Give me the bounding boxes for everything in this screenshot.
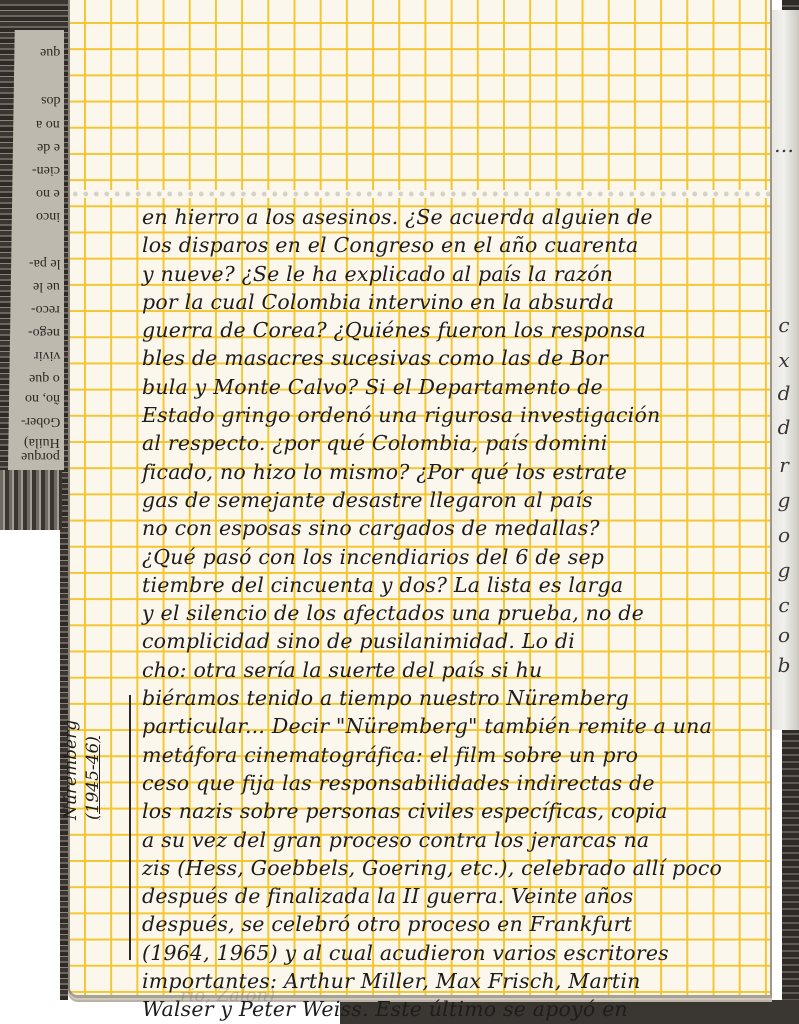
- clipping-line: dos: [41, 92, 60, 108]
- clipping-line: reco-: [31, 301, 60, 317]
- right-edge-scribble: x: [770, 345, 798, 375]
- newspaper-clipping: que dos no a e de cien- e no inco le pa-…: [8, 30, 64, 470]
- text-line: guerra de Corea? ¿Quiénes fueron los res…: [142, 316, 772, 344]
- text-line: biéramos tenido a tiempo nuestro Nürembe…: [142, 684, 772, 712]
- text-line: zis (Hess, Goebbels, Goering, etc.), cel…: [142, 854, 772, 882]
- clipping-line: ño, no: [25, 390, 60, 406]
- right-edge-scribble: b: [770, 650, 798, 680]
- clipping-line: nego-: [28, 324, 60, 340]
- text-line: al respecto. ¿por qué Colombia, país dom…: [142, 429, 772, 457]
- right-edge-scribble: g: [770, 485, 798, 515]
- text-line: Estado gringo ordenó una rigurosa invest…: [142, 401, 772, 429]
- clipping-line: e no: [36, 185, 60, 201]
- text-line: y nueve? ¿Se le ha explicado al país la …: [142, 260, 772, 288]
- clipping-line: que: [40, 44, 60, 60]
- text-line: después, se celebró otro proceso en Fran…: [142, 910, 772, 938]
- text-line: cho: otra sería la suerte del país si hu: [142, 656, 772, 684]
- text-line: los disparos en el Congreso en el año cu…: [142, 231, 772, 259]
- clipping-line: no a: [36, 116, 60, 132]
- text-line: ficado, no hizo lo mismo? ¿Por qué los e…: [142, 458, 772, 486]
- text-line: bula y Monte Calvo? Si el Departamento d…: [142, 373, 772, 401]
- clipping-line: inco: [36, 208, 60, 224]
- scanner-background-strip: [0, 470, 62, 530]
- text-line: los nazis sobre personas civiles específ…: [142, 797, 772, 825]
- text-line: no con esposas sino cargados de medallas…: [142, 514, 772, 542]
- margin-note-title: Nüremberg: [60, 650, 82, 820]
- text-line: ¿Qué pasó con los incendiarios del 6 de …: [142, 543, 772, 571]
- right-edge-scribble: d: [770, 378, 798, 408]
- text-line: particular... Decir "Nüremberg" también …: [142, 712, 772, 740]
- text-line: en hierro a los asesinos. ¿Se acuerda al…: [142, 203, 772, 231]
- right-edge-scribble: g: [770, 555, 798, 585]
- clipping-line: Gober-: [21, 413, 60, 429]
- clipping-line: o que: [29, 370, 60, 386]
- margin-note: Nüremberg (1945-46): [60, 650, 130, 820]
- clipping-line: cien-: [32, 162, 60, 178]
- text-line: bles de masacres sucesivas como las de B…: [142, 344, 772, 372]
- right-edge-scribble: …: [770, 130, 798, 160]
- blank-margin: [0, 470, 68, 1024]
- clipping-line: le pa-: [29, 255, 60, 271]
- clipping-line: e de: [37, 139, 60, 155]
- right-edge-scribble: o: [770, 520, 798, 550]
- text-line: por la cual Colombia intervino en la abs…: [142, 288, 772, 316]
- text-line: ceso que fija las responsabilidades indi…: [142, 769, 772, 797]
- text-line: y el silencio de los afectados una prueb…: [142, 599, 772, 627]
- clipping-line: ue le: [33, 278, 60, 294]
- right-edge-scribble: c: [770, 310, 798, 340]
- right-edge-scribble: o: [770, 620, 798, 650]
- clipping-line: porque: [21, 448, 60, 464]
- text-line: a su vez del gran proceso contra los jer…: [142, 826, 772, 854]
- margin-note-dates: (1945-46): [82, 650, 104, 820]
- text-line: complicidad sino de pusilanimidad. Lo di: [142, 627, 772, 655]
- perforation-line: [70, 190, 770, 198]
- right-edge-scribble: d: [770, 412, 798, 442]
- handwritten-text: en hierro a los asesinos. ¿Se acuerda al…: [142, 203, 772, 1024]
- right-edge-scribble: c: [770, 590, 798, 620]
- text-line: tiembre del cincuenta y dos? La lista es…: [142, 571, 772, 599]
- text-line: (1964, 1965) y al cual acudieron varios …: [142, 939, 772, 967]
- text-line: después de finalizada la II guerra. Vein…: [142, 882, 772, 910]
- clipping-line: vivir: [34, 347, 60, 363]
- bleedthrough-text: rio, Zalon): [180, 985, 275, 1006]
- text-line: gas de semejante desastre llegaron al pa…: [142, 486, 772, 514]
- right-edge-scribble: r: [770, 450, 798, 480]
- text-line: metáfora cinematográfica: el film sobre …: [142, 741, 772, 769]
